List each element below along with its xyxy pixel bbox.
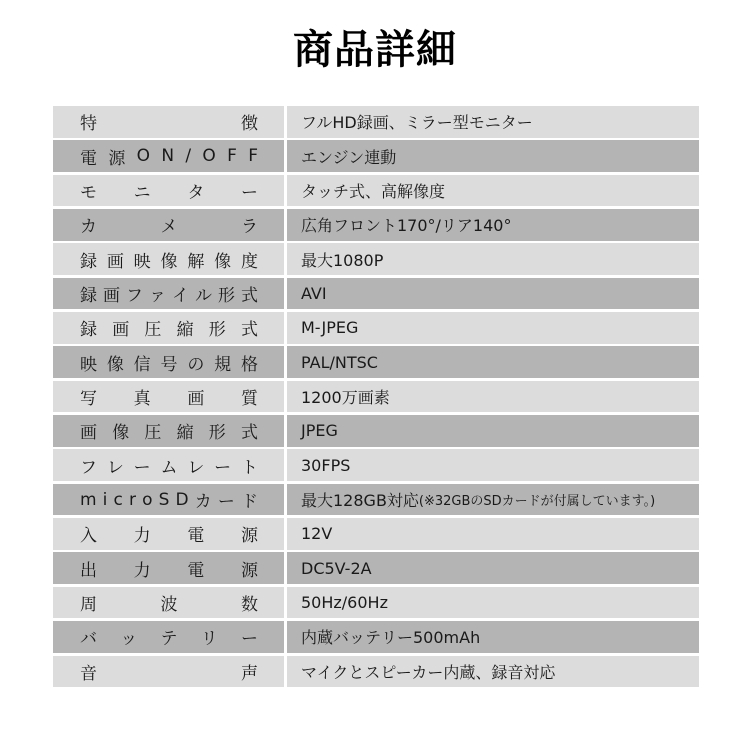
spec-row: フレームレート30FPS <box>53 449 699 481</box>
spec-label-char: 形 <box>209 315 226 340</box>
spec-label-char: 源 <box>108 144 125 169</box>
spec-label: カメラ <box>53 209 284 241</box>
spec-label-char: ッ <box>120 624 137 649</box>
spec-value-text: 内蔵バッテリー500mAh <box>301 625 480 648</box>
spec-label-char: m <box>80 490 97 510</box>
spec-label-char: i <box>103 490 108 510</box>
spec-label-char: ー <box>241 624 258 649</box>
spec-label-char: F <box>227 146 237 166</box>
spec-value: 最大128GB対応(※32GBのSDカードが付属しています。) <box>287 484 699 516</box>
spec-value-text: 広角フロント170°/リア140° <box>301 213 511 236</box>
spec-label-char: 式 <box>241 418 258 443</box>
spec-label-char: 圧 <box>144 315 161 340</box>
spec-label: 録画圧縮形式 <box>53 312 284 344</box>
spec-row: 録画映像解像度最大1080P <box>53 243 699 275</box>
spec-label-char: 映 <box>80 350 97 375</box>
spec-table: 特徴フルHD録画、ミラー型モニター電源ON/OFFエンジン連動モニタータッチ式、… <box>53 106 699 687</box>
spec-label-char: イ <box>172 281 189 306</box>
spec-label: 特徴 <box>53 106 284 138</box>
spec-label-char: 録 <box>80 247 97 272</box>
spec-label: 出力電源 <box>53 552 284 584</box>
spec-value: 1200万画素 <box>287 381 699 413</box>
spec-label-char: 質 <box>241 384 258 409</box>
spec-label-char: レ <box>187 453 204 478</box>
spec-value-text: タッチ式、高解像度 <box>301 179 445 202</box>
spec-value: AVI <box>287 278 699 310</box>
spec-label-char: O <box>202 146 215 166</box>
spec-label-char: 真 <box>134 384 151 409</box>
spec-label-char: 源 <box>241 521 258 546</box>
spec-label-char: 画 <box>187 384 204 409</box>
spec-value: エンジン連動 <box>287 140 699 172</box>
spec-label-char: 解 <box>187 247 204 272</box>
spec-label: モニター <box>53 175 284 207</box>
spec-value: DC5V-2A <box>287 552 699 584</box>
spec-label-char: 像 <box>107 350 124 375</box>
spec-label-char: 像 <box>112 418 129 443</box>
spec-label-char: 圧 <box>144 418 161 443</box>
spec-label-char: 入 <box>80 521 97 546</box>
spec-label-char: ド <box>241 487 258 512</box>
spec-label: 写真画質 <box>53 381 284 413</box>
spec-label-char: 写 <box>80 384 97 409</box>
spec-label-char: o <box>142 490 152 510</box>
spec-label-char: 形 <box>218 281 235 306</box>
spec-label: 録画映像解像度 <box>53 243 284 275</box>
spec-label-char: 電 <box>187 521 204 546</box>
spec-row: 映像信号の規格PAL/NTSC <box>53 346 699 378</box>
spec-label-char: ム <box>160 453 177 478</box>
spec-row: 写真画質1200万画素 <box>53 381 699 413</box>
spec-value-text: 12V <box>301 524 332 543</box>
spec-row: 録画ファイル形式AVI <box>53 278 699 310</box>
spec-label-char: 録 <box>80 281 97 306</box>
spec-value: JPEG <box>287 415 699 447</box>
spec-label-char: 特 <box>80 109 97 134</box>
spec-label: 音声 <box>53 656 284 688</box>
spec-label-char: モ <box>80 178 97 203</box>
spec-label-char: 徴 <box>241 109 258 134</box>
spec-value-text: エンジン連動 <box>301 145 396 168</box>
spec-label-char: / <box>185 146 191 166</box>
spec-label-char: ー <box>218 487 235 512</box>
spec-label-char: メ <box>161 212 178 237</box>
spec-label: 入力電源 <box>53 518 284 550</box>
spec-label-char: ー <box>134 453 151 478</box>
spec-value-text: 50Hz/60Hz <box>301 593 388 612</box>
spec-value-text: DC5V-2A <box>301 559 372 578</box>
spec-label-char: ー <box>214 453 231 478</box>
spec-value: 50Hz/60Hz <box>287 587 699 619</box>
spec-row: microSDカード最大128GB対応(※32GBのSDカードが付属しています。… <box>53 484 699 516</box>
spec-label: 映像信号の規格 <box>53 346 284 378</box>
spec-label-char: レ <box>107 453 124 478</box>
spec-row: 画像圧縮形式JPEG <box>53 415 699 447</box>
spec-label-char: 声 <box>241 659 258 684</box>
spec-label-char: 電 <box>187 556 204 581</box>
page-title: 商品詳細 <box>0 22 750 78</box>
spec-value: マイクとスピーカー内蔵、録音対応 <box>287 656 699 688</box>
spec-label-char: リ <box>201 624 218 649</box>
spec-label-char: の <box>187 350 204 375</box>
spec-label-char: F <box>248 146 258 166</box>
spec-value: タッチ式、高解像度 <box>287 175 699 207</box>
spec-label-char: 式 <box>241 315 258 340</box>
spec-label-char: 度 <box>241 247 258 272</box>
spec-label-char: 力 <box>134 556 151 581</box>
spec-value: 30FPS <box>287 449 699 481</box>
spec-value: 内蔵バッテリー500mAh <box>287 621 699 653</box>
spec-label-char: 格 <box>241 350 258 375</box>
spec-value-text: 1200万画素 <box>301 385 390 408</box>
spec-label-char: N <box>161 146 174 166</box>
spec-label-char: D <box>176 490 189 510</box>
spec-label-char: ニ <box>134 178 151 203</box>
spec-value-text: 最大128GB対応 <box>301 488 419 511</box>
spec-label-char: ラ <box>241 212 258 237</box>
spec-label-char: カ <box>80 212 97 237</box>
spec-value-text: PAL/NTSC <box>301 353 378 372</box>
spec-label-char: テ <box>161 624 178 649</box>
spec-row: 特徴フルHD録画、ミラー型モニター <box>53 106 699 138</box>
spec-label-char: 号 <box>160 350 177 375</box>
spec-label-char: 周 <box>80 590 97 615</box>
spec-row: モニタータッチ式、高解像度 <box>53 175 699 207</box>
spec-value: 広角フロント170°/リア140° <box>287 209 699 241</box>
spec-label-char: 像 <box>214 247 231 272</box>
spec-value: M-JPEG <box>287 312 699 344</box>
spec-row: 電源ON/OFFエンジン連動 <box>53 140 699 172</box>
spec-value: 12V <box>287 518 699 550</box>
spec-label-char: 規 <box>214 350 231 375</box>
spec-label-char: タ <box>187 178 204 203</box>
spec-label: 画像圧縮形式 <box>53 415 284 447</box>
spec-label-char: 出 <box>80 556 97 581</box>
spec-label: 周波数 <box>53 587 284 619</box>
spec-label-char: 音 <box>80 659 97 684</box>
spec-label-char: 縮 <box>177 315 194 340</box>
spec-value: 最大1080P <box>287 243 699 275</box>
spec-label-char: 録 <box>80 315 97 340</box>
spec-label-char: S <box>159 490 170 510</box>
spec-label: フレームレート <box>53 449 284 481</box>
spec-label-char: O <box>137 146 150 166</box>
spec-row: 出力電源DC5V-2A <box>53 552 699 584</box>
spec-value-text: 30FPS <box>301 456 350 475</box>
spec-label: microSDカード <box>53 484 284 516</box>
spec-label-char: ル <box>195 281 212 306</box>
spec-value-text: フルHD録画、ミラー型モニター <box>301 110 533 133</box>
spec-label-char: 画 <box>80 418 97 443</box>
spec-label: バッテリー <box>53 621 284 653</box>
spec-row: 周波数50Hz/60Hz <box>53 587 699 619</box>
spec-label-char: 波 <box>161 590 178 615</box>
spec-label-char: ー <box>241 178 258 203</box>
spec-label: 録画ファイル形式 <box>53 278 284 310</box>
spec-label-char: 画 <box>107 247 124 272</box>
spec-row: カメラ広角フロント170°/リア140° <box>53 209 699 241</box>
spec-label-char: 信 <box>134 350 151 375</box>
spec-row: バッテリー内蔵バッテリー500mAh <box>53 621 699 653</box>
spec-label-char: 像 <box>160 247 177 272</box>
spec-label-char: 形 <box>209 418 226 443</box>
spec-value-text: M-JPEG <box>301 318 358 337</box>
spec-value-text: マイクとスピーカー内蔵、録音対応 <box>301 660 555 683</box>
spec-label: 電源ON/OFF <box>53 140 284 172</box>
spec-label-char: 電 <box>80 144 97 169</box>
spec-value-text: AVI <box>301 284 327 303</box>
spec-row: 録画圧縮形式M-JPEG <box>53 312 699 344</box>
spec-label-char: 画 <box>112 315 129 340</box>
spec-label-char: ァ <box>149 281 166 306</box>
spec-label-char: 縮 <box>177 418 194 443</box>
spec-label-char: 数 <box>241 590 258 615</box>
spec-value-text: 最大1080P <box>301 248 383 271</box>
spec-label-char: 映 <box>134 247 151 272</box>
spec-label-char: 画 <box>103 281 120 306</box>
spec-label-char: フ <box>80 453 97 478</box>
spec-value: フルHD録画、ミラー型モニター <box>287 106 699 138</box>
spec-label-char: 式 <box>241 281 258 306</box>
spec-label-char: ト <box>241 453 258 478</box>
spec-value-note: (※32GBのSDカードが付属しています。) <box>419 490 655 509</box>
spec-label-char: r <box>129 490 136 510</box>
spec-label-char: バ <box>80 624 97 649</box>
spec-row: 入力電源12V <box>53 518 699 550</box>
spec-value: PAL/NTSC <box>287 346 699 378</box>
spec-label-char: フ <box>126 281 143 306</box>
spec-row: 音声マイクとスピーカー内蔵、録音対応 <box>53 656 699 688</box>
spec-value-text: JPEG <box>301 421 338 440</box>
spec-label-char: カ <box>195 487 212 512</box>
spec-label-char: 力 <box>134 521 151 546</box>
spec-label-char: 源 <box>241 556 258 581</box>
spec-label-char: c <box>114 490 123 510</box>
